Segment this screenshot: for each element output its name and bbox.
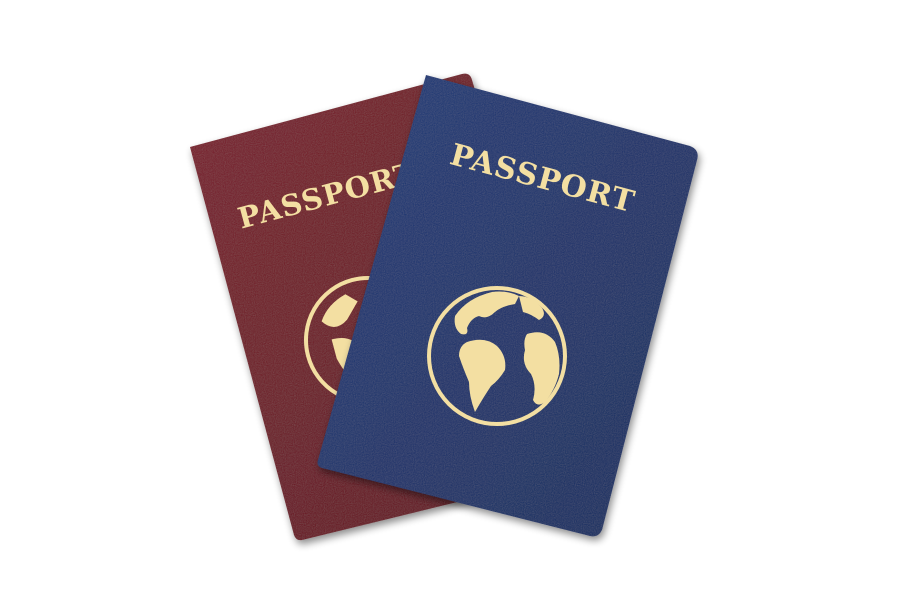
passports-image: PASSPORT PASSPORT [0,0,900,613]
passports-illustration: PASSPORT PASSPORT [0,0,900,613]
